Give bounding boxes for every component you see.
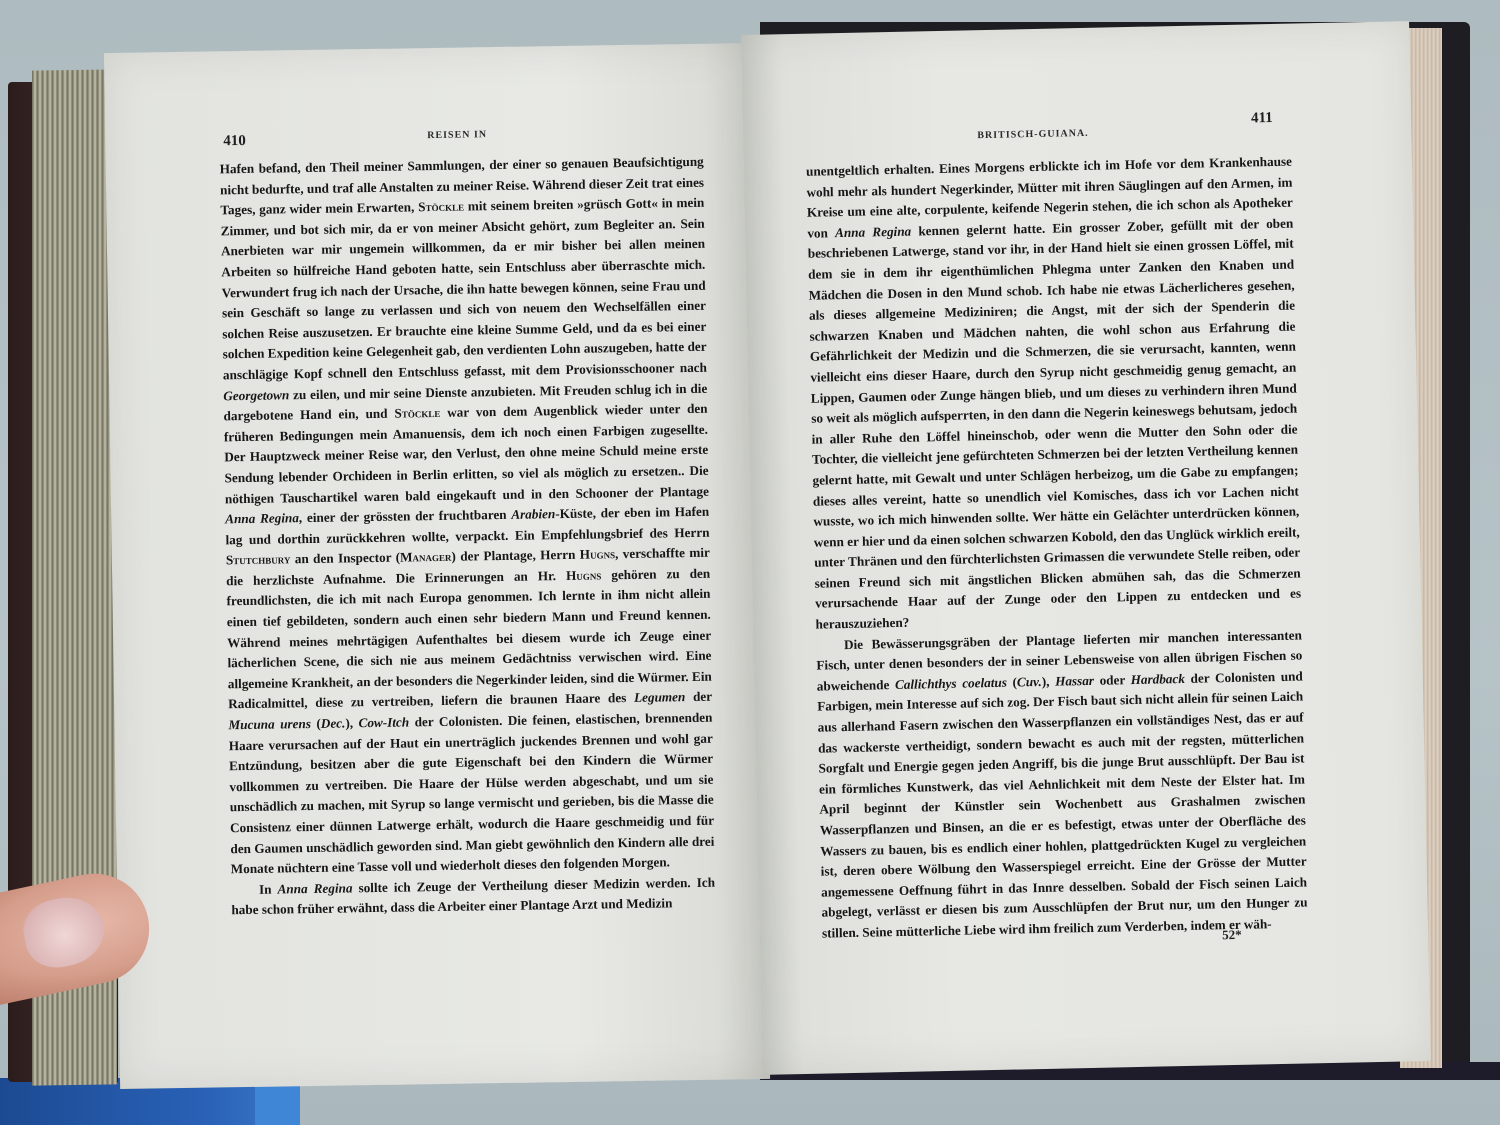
body-text: unentgeltlich erhalten. Eines Morgens er… (806, 152, 1308, 945)
right-page: BRITISCH-GUIANA. 411 unentgeltlich erhal… (741, 21, 1431, 1075)
page-number: 410 (223, 133, 246, 150)
thumbnail (18, 890, 110, 973)
paragraph: Die Bewässerungsgräben der Plantage lief… (816, 625, 1308, 944)
signature-mark: 52* (1222, 927, 1242, 943)
page-number: 411 (1251, 110, 1273, 127)
paragraph: In Anna Regina sollte ich Zeuge der Vert… (231, 872, 716, 921)
running-head: BRITISCH-GUIANA. (977, 128, 1089, 141)
left-page: 410 REISEN IN Hafen befand, den Theil me… (104, 43, 770, 1089)
paragraph: unentgeltlich erhalten. Eines Morgens er… (806, 152, 1302, 636)
paragraph: Hafen befand, den Theil meiner Sammlunge… (220, 152, 715, 880)
running-head: REISEN IN (427, 129, 487, 141)
body-text: Hafen befand, den Theil meiner Sammlunge… (220, 152, 716, 921)
